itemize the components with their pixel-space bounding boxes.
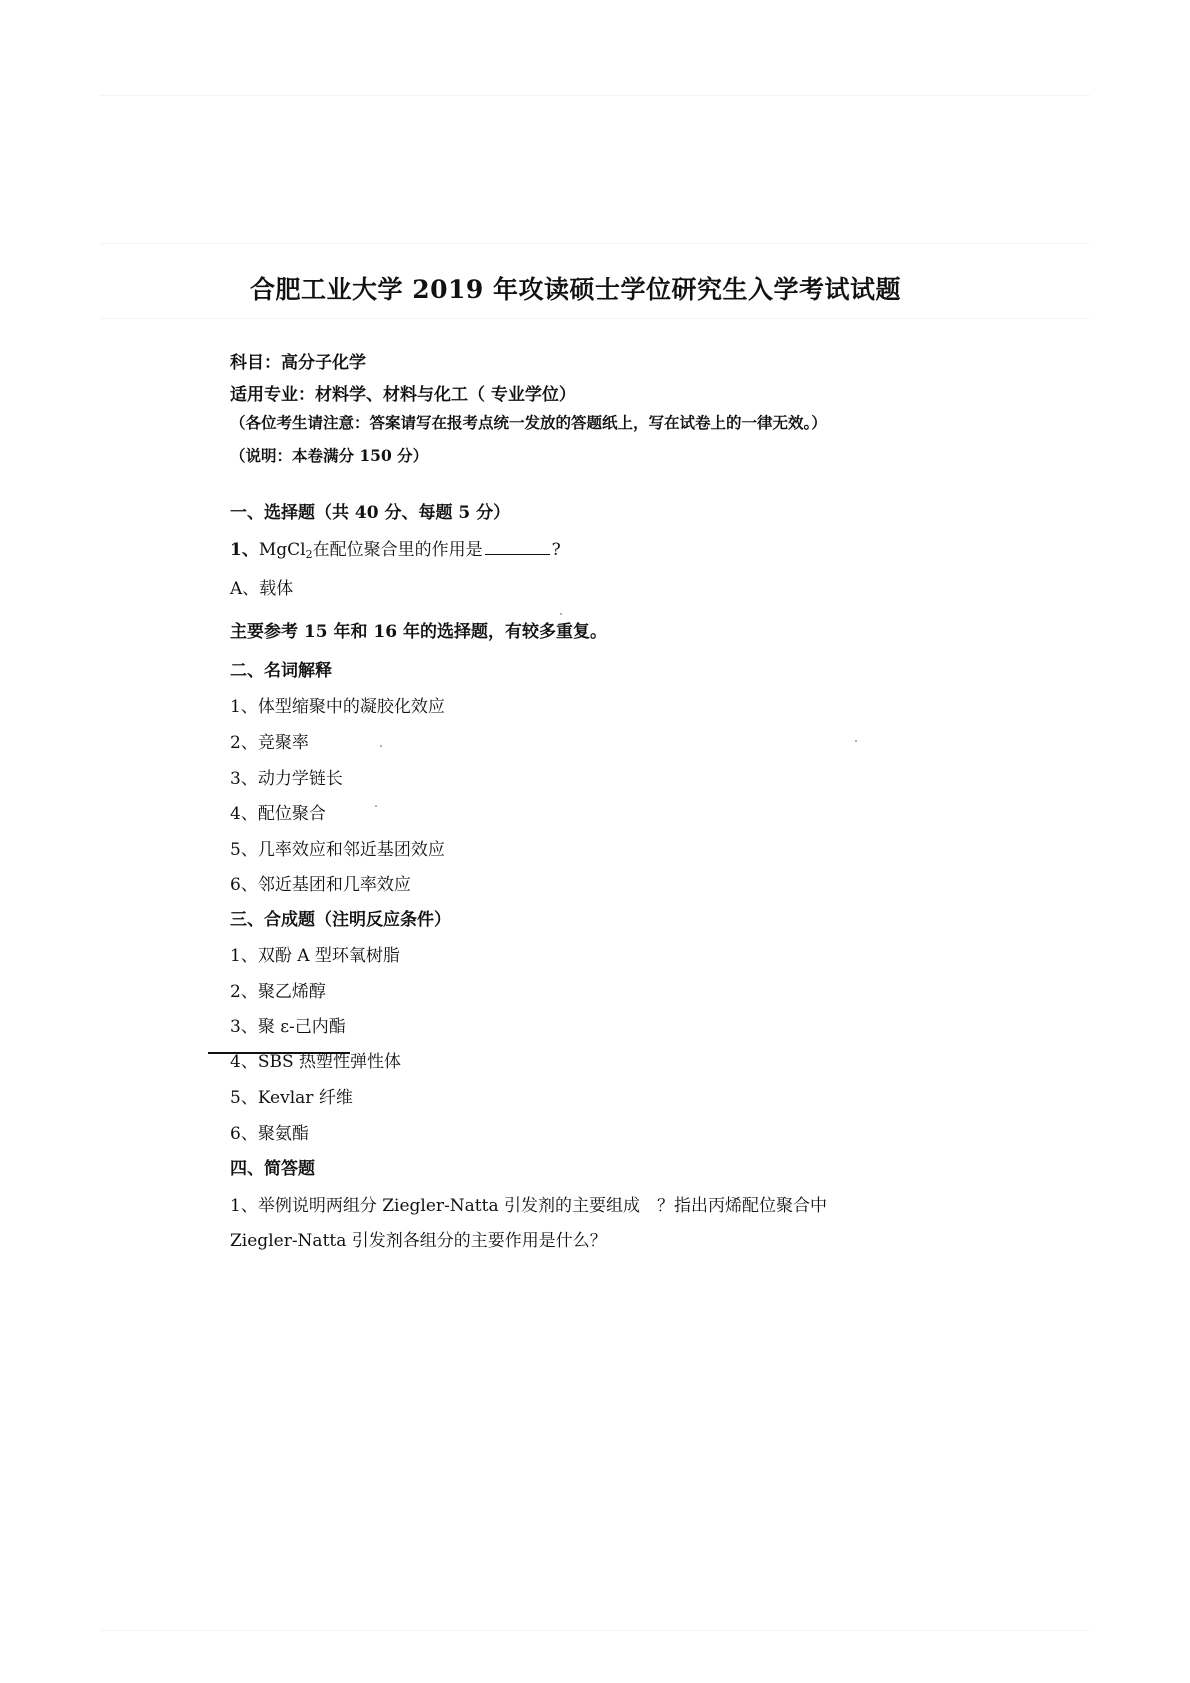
synthesis-item: 6、聚氨酯 <box>230 1119 309 1144</box>
scan-speck <box>560 613 562 615</box>
scan-artifact-line <box>100 95 1090 96</box>
notice-line: （各位考生请注意：答案请写在报考点统一发放的答题纸上，写在试卷上的一律无效。） <box>230 411 827 433</box>
formula-text: MgCl <box>259 540 306 560</box>
synthesis-item: 2、聚乙烯醇 <box>230 977 326 1002</box>
term-item: 5、几率效应和邻近基团效应 <box>230 835 445 860</box>
short-answer-question: 1、举例说明两组分 Ziegler-Natta 引发剂的主要组成 ？指出丙烯配位… <box>230 1191 827 1216</box>
answer-blank <box>485 538 550 555</box>
section-heading-synthesis: 三、合成题（注明反应条件） <box>230 905 451 930</box>
formula-subscript: 2 <box>306 548 313 561</box>
synthesis-item: 5、Kevlar 纤维 <box>230 1083 353 1108</box>
section-heading-multiple-choice: 一、选择题（共 40 分、每题 5 分） <box>230 498 510 523</box>
section-heading-terms: 二、名词解释 <box>230 656 332 681</box>
question-number: 1、 <box>230 540 259 560</box>
synthesis-item: 3、聚 ε-己内酯 <box>230 1012 346 1037</box>
reference-note: 主要参考 15 年和 16 年的选择题，有较多重复。 <box>230 617 607 642</box>
subject-line: 科目：高分子化学 <box>230 348 366 373</box>
term-item: 6、邻近基团和几率效应 <box>230 870 411 895</box>
scan-speck <box>380 745 382 747</box>
scan-speck <box>855 740 857 742</box>
scan-artifact-line <box>100 318 1090 319</box>
score-note: （说明：本卷满分 150 分） <box>230 444 428 466</box>
synthesis-item: 4、SBS 热塑性弹性体 <box>230 1047 401 1072</box>
exam-page: 合肥工业大学 2019 年攻读硕士学位研究生入学考试试题 科目：高分子化学 适用… <box>0 0 1190 1683</box>
scan-artifact-line <box>100 243 1090 244</box>
short-answer-question-cont: Ziegler-Natta 引发剂各组分的主要作用是什么？ <box>230 1226 607 1251</box>
scan-speck <box>375 805 377 807</box>
majors-line: 适用专业：材料学、材料与化工（ 专业学位） <box>230 380 576 405</box>
answer-option-a: A、载体 <box>230 574 293 599</box>
term-item: 2、竞聚率 <box>230 728 309 753</box>
section-heading-short-answer: 四、简答题 <box>230 1154 315 1179</box>
exam-title: 合肥工业大学 2019 年攻读硕士学位研究生入学考试试题 <box>250 270 901 306</box>
question-text: 在配位聚合里的作用是 <box>313 540 483 560</box>
scan-artifact-line <box>100 1630 1090 1631</box>
term-item: 1、体型缩聚中的凝胶化效应 <box>230 692 445 717</box>
question-1: 1、MgCl2在配位聚合里的作用是? <box>230 535 561 561</box>
term-item: 3、动力学链长 <box>230 764 343 789</box>
synthesis-item: 1、双酚 A 型环氧树脂 <box>230 941 400 966</box>
term-item: 4、配位聚合 <box>230 799 326 824</box>
question-mark: ? <box>552 540 561 560</box>
